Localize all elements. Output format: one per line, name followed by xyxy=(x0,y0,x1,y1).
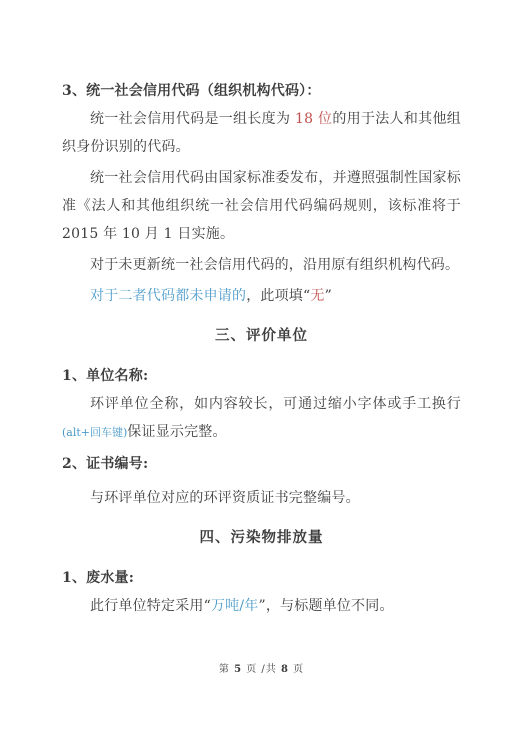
paragraph-cert-number: 与环评单位对应的环评资质证书完整编号。 xyxy=(62,484,461,512)
code-def-text-start: 统一社会信用代码是一组长度为 xyxy=(90,111,295,127)
footer-prefix: 第 xyxy=(219,664,234,675)
document-content: 3、统一社会信用代码（组织机构代码）： 统一社会信用代码是一组长度为 18 位的… xyxy=(0,0,523,620)
alt-enter-note: (alt+回车键) xyxy=(62,426,127,439)
none-note-blue-text: 对于二者代码都未申请的 xyxy=(90,288,246,304)
section-heading-pollutant-discharge: 四、污染物排放量 xyxy=(62,524,461,552)
paragraph-none-note: 对于二者代码都未申请的，此项填“无” xyxy=(62,282,461,310)
section-heading-evaluation-unit: 三、评价单位 xyxy=(62,322,461,350)
none-note-text-end: ” xyxy=(325,288,332,304)
highlight-18-digits: 18 位 xyxy=(295,111,332,127)
page-footer: 第 5 页 /共 8 页 xyxy=(0,660,523,675)
unit-blue-text: 万吨/年 xyxy=(211,598,259,614)
footer-suffix: 页 xyxy=(289,664,304,675)
unit-name-text-end: 保证显示完整。 xyxy=(127,424,226,440)
item-heading-wastewater: 1、废水量: xyxy=(62,564,461,592)
item-heading-credit-code: 3、统一社会信用代码（组织机构代码）： xyxy=(62,77,461,105)
paragraph-standard: 统一社会信用代码由国家标准委发布，并遵照强制性国家标准《法人和其他组织统一社会信… xyxy=(62,164,461,248)
paragraph-old-code: 对于未更新统一社会信用代码的，沿用原有组织机构代码。 xyxy=(62,251,461,279)
paragraph-code-definition: 统一社会信用代码是一组长度为 18 位的用于法人和其他组织身份识别的代码。 xyxy=(62,105,461,161)
paragraph-wastewater: 此行单位特定采用“万吨/年”，与标题单位不同。 xyxy=(62,592,461,620)
none-red-text: 无 xyxy=(310,288,324,304)
page-number: 5 xyxy=(234,664,242,675)
none-note-text-mid: ，此项填“ xyxy=(246,288,310,304)
total-pages: 8 xyxy=(281,664,289,675)
unit-name-text-start: 环评单位全称，如内容较长，可通过缩小字体或手工换行 xyxy=(90,396,461,412)
paragraph-unit-name: 环评单位全称，如内容较长，可通过缩小字体或手工换行(alt+回车键)保证显示完整… xyxy=(62,390,461,447)
document-page: 3、统一社会信用代码（组织机构代码）： 统一社会信用代码是一组长度为 18 位的… xyxy=(0,0,523,740)
footer-mid: 页 /共 xyxy=(242,664,281,675)
wastewater-text-start: 此行单位特定采用“ xyxy=(90,598,211,614)
wastewater-text-end: ”，与标题单位不同。 xyxy=(259,598,394,614)
item-heading-cert-number: 2、证书编号: xyxy=(62,450,461,478)
item-heading-unit-name: 1、单位名称: xyxy=(62,362,461,390)
